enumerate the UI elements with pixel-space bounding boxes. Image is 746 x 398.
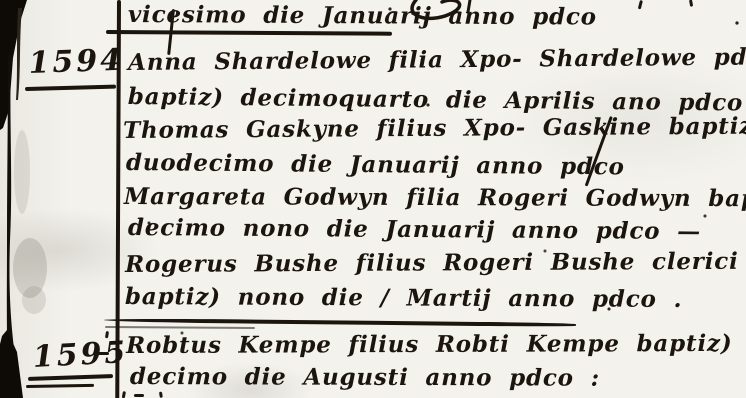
cutoff-stroke-right-1 — [638, 0, 643, 9]
register-line-e4-l2: baptiz) nono die / Martij anno pdco . — [125, 283, 683, 313]
year-label-1594: 1594 — [28, 43, 125, 81]
register-line-e2-l1: Thomas Gaskyne filius Xpo- Gaskine bapti… — [123, 113, 746, 144]
cutoff-letter-stroke-1 — [122, 391, 126, 398]
register-line-e3-l1: Margareta Godwyn filia Rogeri Godwyn bap… — [124, 183, 746, 212]
register-line-e2-l2: duodecimo die Januarij anno pdco — [126, 149, 625, 180]
cutoff-letter-stroke-3 — [159, 392, 163, 398]
register-line-e4-l1: Rogerus Bushe filius Rogeri Bushe cleric… — [125, 248, 739, 278]
cutoff-pen-flourish — [398, 0, 508, 24]
margin-mark-dash — [98, 352, 109, 355]
year-label-1595: 1595 — [32, 335, 129, 375]
register-page: vicesimo die Januarij anno pdco 1594 Ann… — [0, 0, 746, 398]
cutoff-stroke-right-2 — [689, 0, 693, 7]
register-line-e5-l1: Robtus Kempe filius Robti Kempe baptiz) — [126, 330, 733, 359]
cutoff-letter-stroke-2 — [134, 394, 144, 397]
register-line-e3-l2: decimo nono die Januarij anno pdco — — [128, 214, 701, 245]
section-divider-line — [104, 318, 576, 326]
register-line-e1-l2: baptiz) decimoquarto die Aprilis ano pdc… — [128, 83, 744, 116]
year-underline-1595-b — [26, 384, 94, 388]
register-line-e1-l1: Anna Shardelowe filia Xpo- Shardelowe pd… — [128, 43, 746, 76]
section-divider-echo — [105, 326, 255, 329]
register-line-top-fragment: vicesimo die Januarij anno pdco — [128, 1, 597, 30]
register-line-e5-l2: decimo die Augusti anno pdco : — [130, 363, 600, 392]
top-divider-line — [106, 30, 392, 35]
